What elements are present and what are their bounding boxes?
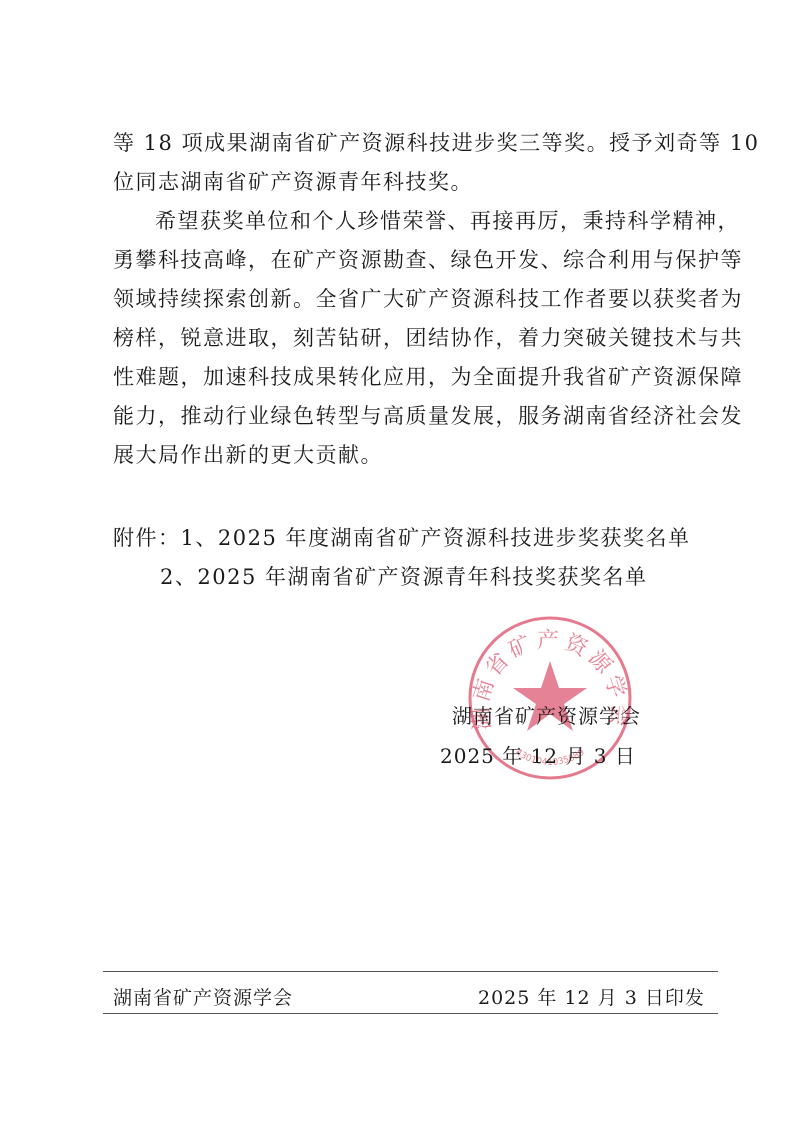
paragraph-2-line-4: 榜样，锐意进取，刻苦钻研，团结协作，着力突破关键技术与共 <box>113 324 693 352</box>
signature-organization: 湖南省矿产资源学会 <box>452 700 641 729</box>
paragraph-2-line-3: 领域持续探索创新。全省广大矿产资源科技工作者要以获奖者为 <box>113 285 693 313</box>
signature-date: 2025 年 12 月 3 日 <box>440 740 636 769</box>
footer-top-rule <box>103 971 718 972</box>
paragraph-2-line-7: 展大局作出新的更大贡献。 <box>113 441 693 469</box>
footer-issue-date: 2025 年 12 月 3 日印发 <box>478 983 705 1010</box>
paragraph-1-line-2: 位同志湖南省矿产资源青年科技奖。 <box>113 168 693 196</box>
paragraph-2-line-5: 性难题，加速科技成果转化应用，为全面提升我省矿产资源保障 <box>113 363 693 391</box>
paragraph-2-line-6: 能力，推动行业绿色转型与高质量发展，服务湖南省经济社会发 <box>113 402 693 430</box>
document-page: 等 18 项成果湖南省矿产资源科技进步奖三等奖。授予刘奇等 10 位同志湖南省矿… <box>0 0 800 1131</box>
attachment-item-2: 2、2025 年湖南省矿产资源青年科技奖获奖名单 <box>160 563 740 591</box>
footer-issuer: 湖南省矿产资源学会 <box>113 983 293 1010</box>
paragraph-2-line-2: 勇攀科技高峰，在矿产资源勘查、绿色开发、综合利用与保护等 <box>113 246 693 274</box>
attachment-label: 附件： <box>113 526 181 550</box>
attachment-item-1: 1、2025 年度湖南省矿产资源科技进步奖获奖名单 <box>181 526 691 550</box>
footer-bottom-rule <box>103 1013 718 1014</box>
paragraph-1-line-1: 等 18 项成果湖南省矿产资源科技进步奖三等奖。授予刘奇等 10 <box>113 129 693 157</box>
attachment-1: 附件：1、2025 年度湖南省矿产资源科技进步奖获奖名单 <box>113 524 693 552</box>
paragraph-2-line-1: 希望获奖单位和个人珍惜荣誉、再接再厉，秉持科学精神， <box>155 207 735 235</box>
